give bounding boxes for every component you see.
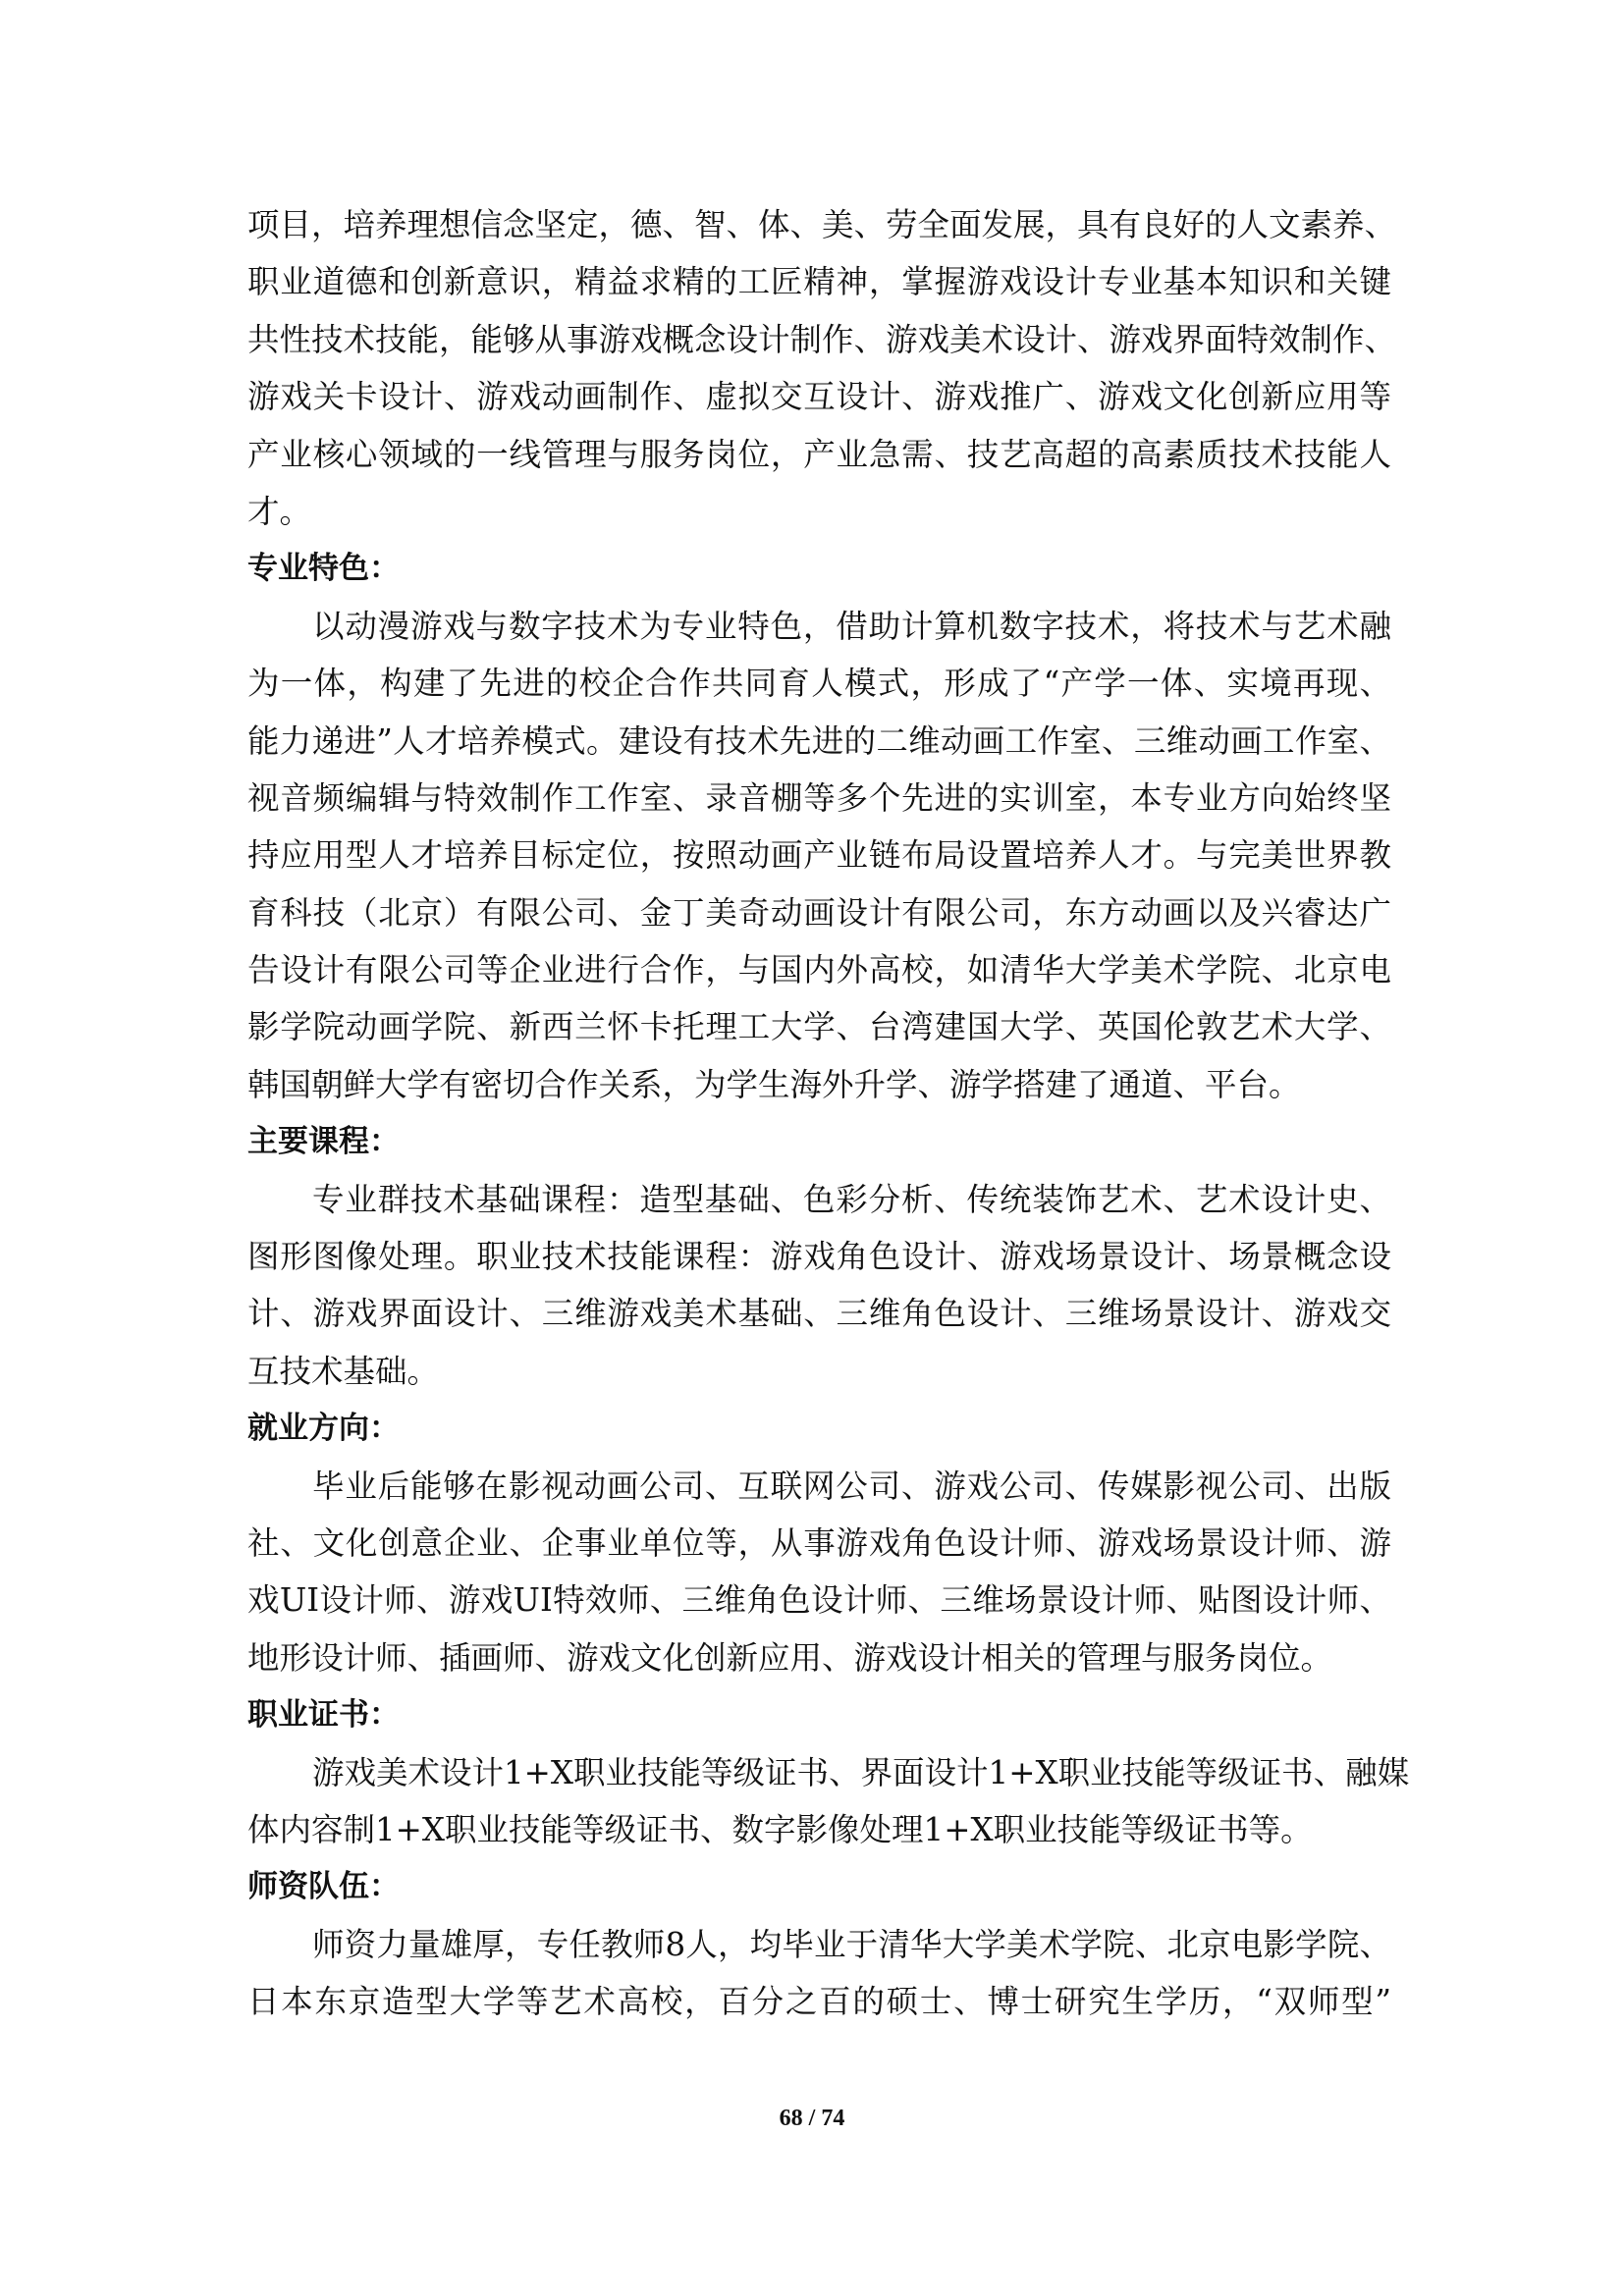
text-line: 体内容制1+X职业技能等级证书、数字影像处理1+X职业技能等级证书等。: [247, 1801, 1391, 1858]
text-line: 视音频编辑与特效制作工作室、录音棚等多个先进的实训室，本专业方向始终坚: [247, 770, 1391, 827]
text-line: 社、文化创意企业、企事业单位等，从事游戏角色设计师、游戏场景设计师、游: [247, 1515, 1391, 1572]
text-line: 地形设计师、插画师、游戏文化创新应用、游戏设计相关的管理与服务岗位。: [247, 1629, 1391, 1686]
text-line: 育科技（北京）有限公司、金丁美奇动画设计有限公司，东方动画以及兴睿达广: [247, 884, 1391, 941]
section-courses: 主要课程： 专业群技术基础课程：造型基础、色彩分析、传统装饰艺术、艺术设计史、 …: [247, 1113, 1391, 1400]
text-line: 项目，培养理想信念坚定，德、智、体、美、劳全面发展，具有良好的人文素养、: [247, 196, 1391, 253]
text-line: 专业群技术基础课程：造型基础、色彩分析、传统装饰艺术、艺术设计史、: [247, 1171, 1391, 1228]
section-employment: 就业方向： 毕业后能够在影视动画公司、互联网公司、游戏公司、传媒影视公司、出版 …: [247, 1400, 1391, 1686]
section-heading: 专业特色：: [247, 540, 1391, 597]
section-certificates: 职业证书： 游戏美术设计1+X职业技能等级证书、界面设计1+X职业技能等级证书、…: [247, 1686, 1391, 1858]
text-line: 计、游戏界面设计、三维游戏美术基础、三维角色设计、三维场景设计、游戏交: [247, 1285, 1391, 1342]
text-line: 共性技术技能，能够从事游戏概念设计制作、游戏美术设计、游戏界面特效制作、: [247, 311, 1391, 368]
text-line: 戏UI设计师、游戏UI特效师、三维角色设计师、三维场景设计师、贴图设计师、: [247, 1572, 1391, 1629]
text-line: 职业道德和创新意识，精益求精的工匠精神，掌握游戏设计专业基本知识和关键: [247, 253, 1391, 310]
text-line: 告设计有限公司等企业进行合作，与国内外高校，如清华大学美术学院、北京电: [247, 941, 1391, 998]
text-line: 为一体，构建了先进的校企合作共同育人模式，形成了“产学一体、实境再现、: [247, 655, 1391, 712]
text-line: 毕业后能够在影视动画公司、互联网公司、游戏公司、传媒影视公司、出版: [247, 1458, 1391, 1515]
section-heading: 师资队伍：: [247, 1858, 1391, 1915]
section-faculty: 师资队伍： 师资力量雄厚，专任教师8人，均毕业于清华大学美术学院、北京电影学院、…: [247, 1858, 1391, 2030]
text-line: 影学院动画学院、新西兰怀卡托理工大学、台湾建国大学、英国伦敦艺术大学、: [247, 998, 1391, 1055]
text-line: 游戏美术设计1+X职业技能等级证书、界面设计1+X职业技能等级证书、融媒: [247, 1744, 1391, 1801]
text-line: 才。: [247, 483, 1391, 540]
text-line: 持应用型人才培养目标定位，按照动画产业链布局设置培养人才。与完美世界教: [247, 827, 1391, 883]
section-features: 专业特色： 以动漫游戏与数字技术为专业特色，借助计算机数字技术，将技术与艺术融 …: [247, 540, 1391, 1113]
text-line: 能力递进”人才培养模式。建设有技术先进的二维动画工作室、三维动画工作室、: [247, 713, 1391, 770]
text-line: 日本东京造型大学等艺术高校，百分之百的硕士、博士研究生学历，“双师型”: [247, 1973, 1391, 2030]
text-line: 游戏关卡设计、游戏动画制作、虚拟交互设计、游戏推广、游戏文化创新应用等: [247, 368, 1391, 425]
intro-paragraph: 项目，培养理想信念坚定，德、智、体、美、劳全面发展，具有良好的人文素养、 职业道…: [247, 196, 1391, 540]
text-line: 图形图像处理。职业技术技能课程：游戏角色设计、游戏场景设计、场景概念设: [247, 1228, 1391, 1285]
text-line: 韩国朝鲜大学有密切合作关系，为学生海外升学、游学搭建了通道、平台。: [247, 1056, 1391, 1113]
document-page: 项目，培养理想信念坚定，德、智、体、美、劳全面发展，具有良好的人文素养、 职业道…: [247, 196, 1391, 2031]
text-line: 互技术基础。: [247, 1343, 1391, 1400]
text-line: 以动漫游戏与数字技术为专业特色，借助计算机数字技术，将技术与艺术融: [247, 598, 1391, 655]
page-number: 68 / 74: [0, 2106, 1624, 2132]
section-heading: 主要课程：: [247, 1113, 1391, 1170]
section-heading: 职业证书：: [247, 1686, 1391, 1743]
section-heading: 就业方向：: [247, 1400, 1391, 1457]
text-line: 产业核心领域的一线管理与服务岗位，产业急需、技艺高超的高素质技术技能人: [247, 426, 1391, 483]
text-line: 师资力量雄厚，专任教师8人，均毕业于清华大学美术学院、北京电影学院、: [247, 1916, 1391, 1973]
